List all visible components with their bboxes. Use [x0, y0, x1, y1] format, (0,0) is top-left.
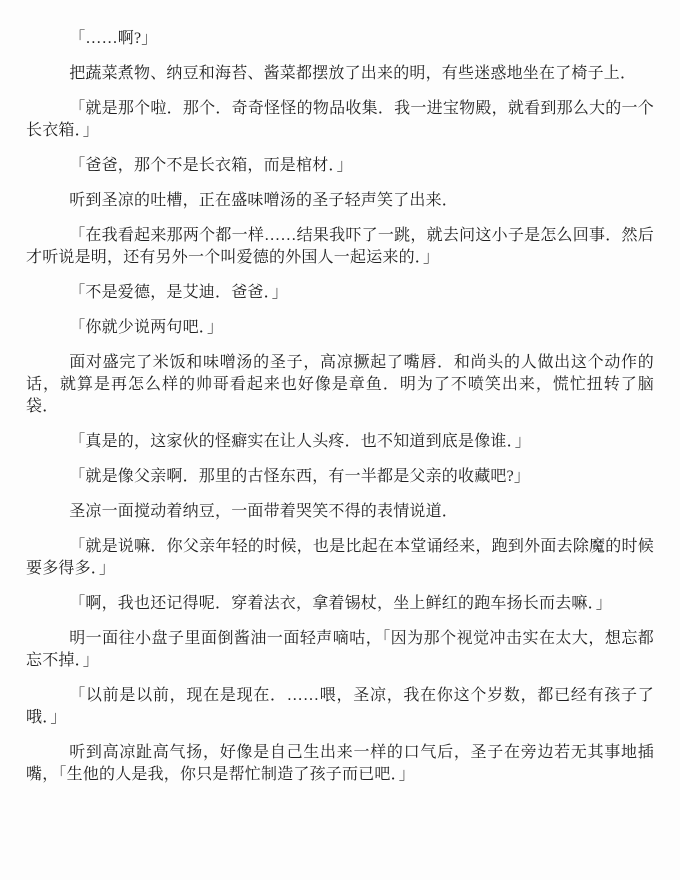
narration-paragraph: 圣凉一面搅动着纳豆，一面带着哭笑不得的表情说道．: [26, 501, 654, 523]
dialogue-line: 「不是爱德，是艾迪．爸爸．」: [26, 282, 654, 304]
dialogue-line: 「在我看起来那两个都一样……结果我吓了一跳，就去问这小子是怎么回事．然后才听说是…: [26, 225, 654, 269]
dialogue-line: 「就是像父亲啊．那里的古怪东西，有一半都是父亲的收藏吧?」: [26, 466, 654, 488]
dialogue-line: 「就是那个啦．那个．奇奇怪怪的物品收集．我一进宝物殿，就看到那么大的一个长衣箱．…: [26, 98, 654, 142]
narration-paragraph: 听到圣凉的吐槽，正在盛味噌汤的圣子轻声笑了出来．: [26, 190, 654, 212]
narration-paragraph: 明一面往小盘子里面倒酱油一面轻声嘀咕，「因为那个视觉冲击实在太大，想忘都忘不掉．…: [26, 628, 654, 672]
dialogue-line: 「啊，我也还记得呢．穿着法衣，拿着锡杖，坐上鲜红的跑车扬长而去嘛．」: [26, 593, 654, 615]
dialogue-line: 「……啊?」: [26, 28, 654, 50]
dialogue-line: 「爸爸，那个不是长衣箱，而是棺材．」: [26, 155, 654, 177]
narration-paragraph: 面对盛完了米饭和味噌汤的圣子，高凉撅起了嘴唇．和尚头的人做出这个动作的话，就算是…: [26, 352, 654, 418]
dialogue-line: 「你就少说两句吧．」: [26, 317, 654, 339]
dialogue-line: 「就是说嘛．你父亲年轻的时候，也是比起在本堂诵经来，跑到外面去除魔的时候要多得多…: [26, 536, 654, 580]
dialogue-line: 「真是的，这家伙的怪癖实在让人头疼．也不知道到底是像谁．」: [26, 431, 654, 453]
narration-paragraph: 听到高凉趾高气扬，好像是自己生出来一样的口气后，圣子在旁边若无其事地插嘴，「生他…: [26, 742, 654, 786]
dialogue-line: 「以前是以前，现在是现在．……喂，圣凉，我在你这个岁数，都已经有孩子了哦．」: [26, 685, 654, 729]
novel-page: 「……啊?」 把蔬菜煮物、纳豆和海苔、酱菜都摆放了出来的明，有些迷惑地坐在了椅子…: [0, 0, 680, 880]
narration-paragraph: 把蔬菜煮物、纳豆和海苔、酱菜都摆放了出来的明，有些迷惑地坐在了椅子上．: [26, 63, 654, 85]
